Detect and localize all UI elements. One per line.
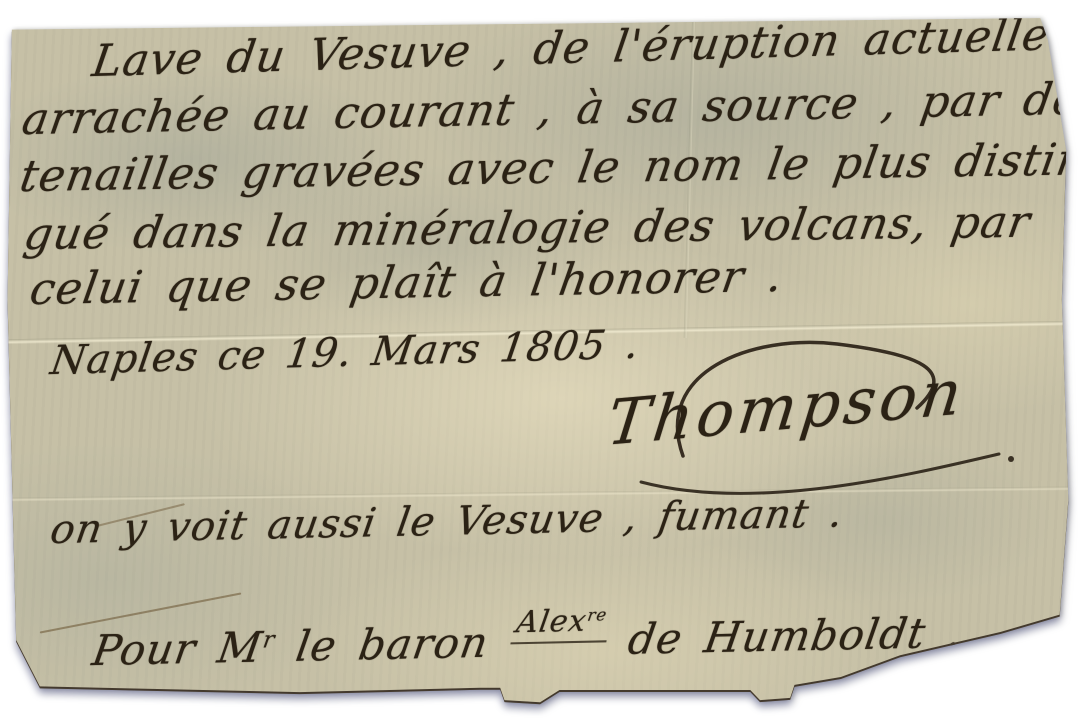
handwriting-line-2: arrachée au courant , à sa source , par … xyxy=(19,77,1078,142)
postscript-line: on y voit aussi le Vesuve , fumant . xyxy=(48,493,847,550)
dateline: Naples ce 19. Mars 1805 . xyxy=(48,325,642,382)
address-line: Pour Mr le baron Alexre de Humboldt . xyxy=(89,612,965,672)
scanned-document-page: Lave du Vesuve , de l'éruption actuelle … xyxy=(0,0,1078,724)
handwriting-line-4: gué dans la minéralogie des volcans, par xyxy=(21,201,1034,257)
signature: Thompson xyxy=(604,361,969,455)
address-pour: Pour M xyxy=(89,622,266,675)
address-alex: Alex xyxy=(514,604,589,641)
address-alex-superscript: re xyxy=(586,605,609,624)
handwriting-line-3: tenailles gravées avec le nom le plus di… xyxy=(17,138,1078,199)
address-baron: le baron xyxy=(270,617,514,671)
handwriting-line-5: celui que se plaît à l'honorer . xyxy=(27,255,786,312)
paper-shadow-wrapper: Lave du Vesuve , de l'éruption actuelle … xyxy=(0,0,1078,724)
address-humboldt: de Humboldt . xyxy=(603,608,967,665)
handwriting-line-1: Lave du Vesuve , de l'éruption actuelle … xyxy=(89,12,1078,84)
address-insertion-alexandre: Alexre xyxy=(510,603,612,644)
paper-sheet: Lave du Vesuve , de l'éruption actuelle … xyxy=(0,0,1078,724)
